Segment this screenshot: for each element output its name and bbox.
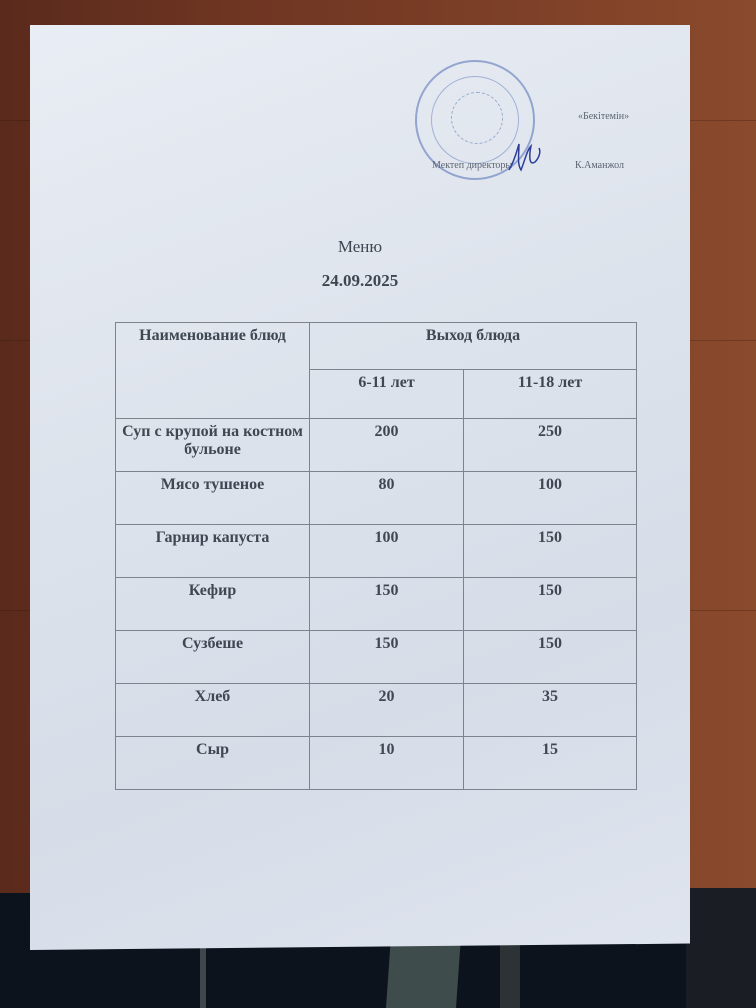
- header-age-6-11: 6-11 лет: [310, 370, 464, 419]
- yield-11-18: 150: [464, 631, 637, 684]
- yield-6-11: 200: [310, 419, 464, 472]
- yield-6-11: 150: [310, 631, 464, 684]
- yield-11-18: 100: [464, 472, 637, 525]
- yield-11-18: 35: [464, 684, 637, 737]
- yield-6-11: 10: [310, 737, 464, 790]
- menu-sheet: «Бекітемін» Мектеп директоры К.Аманжол М…: [30, 25, 690, 950]
- yield-11-18: 15: [464, 737, 637, 790]
- header-dish-name: Наименование блюд: [116, 323, 310, 419]
- header-age-11-18: 11-18 лет: [464, 370, 637, 419]
- dish-name: Кефир: [116, 578, 310, 631]
- bag-background: [686, 888, 756, 1008]
- menu-date: 24.09.2025: [30, 271, 690, 291]
- signature-icon: [505, 140, 545, 175]
- table-row: Гарнир капуста100150: [116, 525, 637, 578]
- approval-label: «Бекітемін»: [578, 111, 629, 122]
- yield-6-11: 80: [310, 472, 464, 525]
- table-row: Суп с крупой на костном бульоне200250: [116, 419, 637, 472]
- table-row: Сыр1015: [116, 737, 637, 790]
- table-row: Сузбеше150150: [116, 631, 637, 684]
- header-yield: Выход блюда: [310, 323, 637, 370]
- yield-11-18: 150: [464, 525, 637, 578]
- director-name: К.Аманжол: [575, 160, 624, 171]
- menu-table: Наименование блюд Выход блюда 6-11 лет 1…: [115, 322, 637, 790]
- yield-11-18: 250: [464, 419, 637, 472]
- table-row: Хлеб2035: [116, 684, 637, 737]
- director-label: Мектеп директоры: [432, 160, 512, 171]
- dish-name: Сыр: [116, 737, 310, 790]
- dish-name: Гарнир капуста: [116, 525, 310, 578]
- page-title: Меню: [30, 237, 690, 257]
- dish-name: Сузбеше: [116, 631, 310, 684]
- table-row: Кефир150150: [116, 578, 637, 631]
- dish-name: Хлеб: [116, 684, 310, 737]
- dish-name: Мясо тушеное: [116, 472, 310, 525]
- yield-6-11: 100: [310, 525, 464, 578]
- table-row: Мясо тушеное80100: [116, 472, 637, 525]
- yield-6-11: 150: [310, 578, 464, 631]
- yield-11-18: 150: [464, 578, 637, 631]
- yield-6-11: 20: [310, 684, 464, 737]
- dish-name: Суп с крупой на костном бульоне: [116, 419, 310, 472]
